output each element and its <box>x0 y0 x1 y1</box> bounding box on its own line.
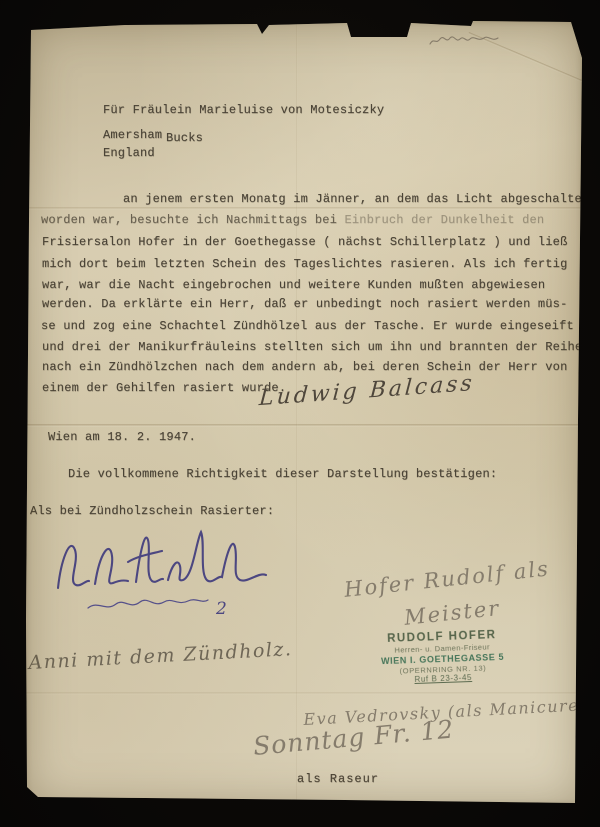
body-line: nach ein Zündhölzchen nach dem andern ab… <box>42 360 567 374</box>
master-signature-line1: Hofer Rudolf als <box>343 556 551 601</box>
barber-shop-stamp: RUDOLF HOFER Herren- u. Damen-Friseur WI… <box>369 627 516 686</box>
fold-crease-lower <box>25 692 583 695</box>
recipient-city: Amersham <box>103 128 162 142</box>
body-line: werden. Da erklärte ein Herr, daß er unb… <box>42 297 567 311</box>
blue-scribble-number: 2 <box>215 599 227 619</box>
place-date-line: Wien am 18. 2. 1947. <box>48 430 196 444</box>
body-line: war, war die Nacht eingebrochen und weit… <box>42 278 545 292</box>
body-line: einem der Gehilfen rasiert wurde. <box>42 381 286 395</box>
body-line: worden war, besuchte ich Nachmittags bei… <box>41 213 544 227</box>
body-line: se und zog eine Schachtel Zündhölzel aus… <box>41 319 574 333</box>
author-signature: Ludwig Balcass <box>258 371 475 411</box>
recipient-name: Für Fräulein Marieluise von Motesiczky <box>103 103 384 117</box>
body-line: und drei der Manikurfräuleins stellten s… <box>42 340 582 354</box>
role-heading: Als bei Zündholzschein Rasierter: <box>30 504 274 518</box>
recipient-country: England <box>103 146 155 160</box>
fold-crease-vertical <box>296 20 298 806</box>
master-signature-line2: Meister <box>403 596 501 630</box>
recipient-county: Bucks <box>166 131 203 145</box>
fold-crease-middle <box>25 424 583 427</box>
customer-signature-scrawl: 2 <box>48 520 283 624</box>
body-line-segment: worden war, besuchte ich Nachmittags bei <box>41 213 344 227</box>
letter-paper: Für Fräulein Marieluise von Motesiczky A… <box>25 20 583 806</box>
pencil-notation-mark <box>428 33 502 49</box>
confirmation-heading: Die vollkommene Richtigkeit dieser Darst… <box>68 467 497 481</box>
match-holder-note: Anni mit dem Zündholz. <box>28 638 293 674</box>
body-line: Frisiersalon Hofer in der Goethegasse ( … <box>42 235 567 249</box>
body-line-segment-faded: Einbruch der Dunkelheit den <box>344 213 544 227</box>
raseur-role-label: als Raseur <box>297 772 379 786</box>
body-line: mich dort beim letzten Schein des Tagesl… <box>42 257 567 271</box>
body-line: an jenem ersten Monatg im Jänner, an dem… <box>123 192 589 206</box>
scanned-letter-view: Für Fräulein Marieluise von Motesiczky A… <box>0 0 600 827</box>
fold-crease-upper <box>25 207 583 210</box>
